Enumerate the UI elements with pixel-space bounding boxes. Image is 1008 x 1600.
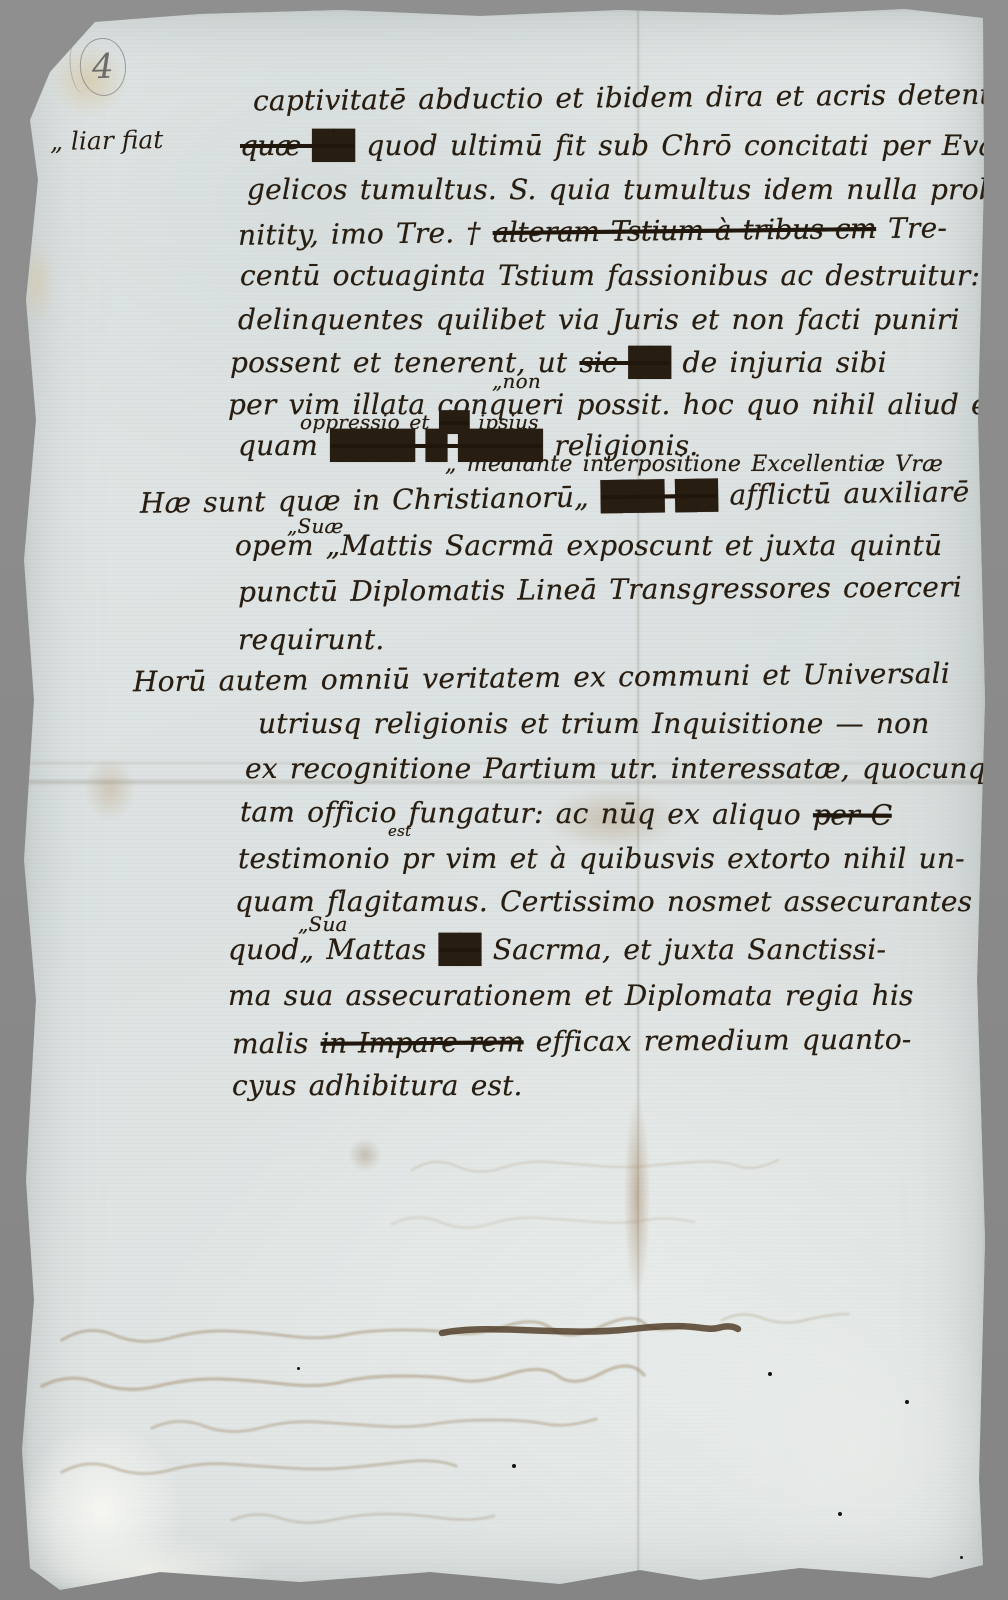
interlinear-insertion: „ mediante interpositione Excellentiæ Vr…	[445, 454, 943, 476]
line-text: delinquentes quilibet via Juris et non f…	[238, 303, 960, 336]
manuscript-line: captivitatē abductio et ibidem dira et a…	[253, 81, 1008, 116]
manuscript-line: centū octuaginta Tstium fassionibus ac d…	[240, 262, 1008, 290]
ink-showthrough	[22, 1090, 986, 1592]
interlinear-insertion: „Sua	[298, 914, 348, 934]
manuscript-line: requirunt.	[238, 626, 384, 654]
line-text: est	[388, 822, 411, 840]
line-text: efficax remedium quanto-	[523, 1023, 911, 1059]
line-text: Hæ sunt quæ in Christianorū„	[140, 480, 601, 519]
struck-text: sic ██	[579, 346, 670, 379]
manuscript-line: testimonio pr vim et à quibusvis extorto…	[238, 845, 965, 873]
line-text: ex recognitione Partium utr. interessatæ…	[245, 752, 986, 785]
manuscript-line: opem „Mattis Sacrmā exposcunt et juxta q…	[235, 532, 942, 560]
line-text: afflictū auxiliarē	[717, 475, 969, 512]
line-text: malis	[232, 1027, 321, 1061]
ink-speck	[297, 1367, 300, 1370]
manuscript-line: utriusq religionis et trium Inquisitione…	[258, 710, 929, 738]
line-text: gelicos tumultus. S. quia tumultus idem …	[247, 173, 1008, 206]
manuscript-line: punctū Diplomatis Lineā Transgressores c…	[238, 573, 962, 606]
struck-text: quæ ██	[240, 129, 354, 162]
manuscript-line: nitity, imo Tre. † alteram Tstium à trib…	[238, 214, 947, 249]
line-text: testimonio pr vim et à quibusvis extorto…	[238, 842, 965, 875]
line-text: Horū autem omniū veritatem ex communi et…	[133, 657, 950, 699]
ink-speck	[838, 1512, 842, 1516]
struck-text: in Impare rem	[321, 1025, 524, 1059]
margin-note: „ liar fiat	[50, 125, 164, 156]
line-text: ma sua assecurationem et Diplomata regia…	[228, 979, 914, 1012]
manuscript-line: Hæ sunt quæ in Christianorū„ ███ ██ affl…	[140, 478, 970, 518]
struck-text: per C	[813, 798, 892, 831]
paper-sheet: 4 „ liar fiat captivitatē abductio et ib…	[22, 8, 986, 1592]
line-text: Tre-	[876, 211, 947, 245]
line-text: captivitatē abductio et ibidem dira et a…	[253, 78, 1008, 118]
manuscript-line: quæ ██ quod ultimū fit sub Chrō concitat…	[240, 132, 1008, 160]
line-text: utriusq religionis et trium Inquisitione…	[258, 707, 929, 740]
line-text: de injuria sibi	[670, 346, 886, 379]
line-text: quod„ Mattas	[228, 933, 439, 966]
manuscript-line: malis in Impare rem efficax remedium qua…	[232, 1026, 912, 1059]
line-text: quam	[238, 429, 330, 462]
manuscript-line: tam officio fungatur: ac nūq ex aliquo p…	[240, 798, 892, 829]
stain	[18, 240, 56, 324]
manuscript-line: cyus adhibitura est.	[232, 1072, 523, 1100]
ink-speck	[512, 1464, 516, 1468]
manuscript-line: possent et tenerent, ut sic ██ de injuri…	[230, 349, 887, 377]
showthrough-strikethrough	[442, 1326, 738, 1333]
line-text: nitity, imo Tre. †	[238, 216, 493, 252]
ink-speck	[960, 1556, 963, 1559]
line-text: requirunt.	[238, 623, 384, 656]
line-text: quod ultimū fit sub Chrō concitati per E…	[354, 129, 1008, 162]
ink-speck	[768, 1372, 772, 1376]
manuscript-scan: 4 „ liar fiat captivitatē abductio et ib…	[0, 0, 1008, 1600]
page-number: 4	[91, 47, 114, 88]
line-text: centū octuaginta Tstium fassionibus ac d…	[240, 259, 1008, 292]
line-text: cyus adhibitura est.	[232, 1069, 523, 1102]
manuscript-line: ma sua assecurationem et Diplomata regia…	[228, 982, 914, 1010]
manuscript-line: delinquentes quilibet via Juris et non f…	[238, 306, 960, 334]
line-text: tam officio fungatur: ac nūq ex aliquo	[240, 795, 813, 831]
manuscript-line: quod„ Mattas ██ Sacrma, et juxta Sanctis…	[228, 936, 886, 964]
line-text: opem „Mattis Sacrmā exposcunt et juxta q…	[235, 529, 942, 562]
line-text: punctū Diplomatis Lineā Transgressores c…	[238, 570, 962, 608]
manuscript-line: Horū autem omniū veritatem ex communi et…	[133, 660, 950, 697]
struck-text: alteram Tstium à tribus cm	[493, 212, 877, 249]
interlinear-insertion: est	[388, 824, 411, 839]
line-text: Sacrma, et juxta Sanctissi-	[481, 933, 887, 966]
manuscript-line: ex recognitione Partium utr. interessatæ…	[245, 755, 986, 783]
line-text: „ mediante interpositione Excellentiæ Vr…	[445, 452, 943, 477]
manuscript-line: gelicos tumultus. S. quia tumultus idem …	[247, 176, 1008, 204]
struck-text: ██	[439, 933, 481, 966]
struck-text: ███ ██	[601, 479, 718, 514]
ink-speck	[905, 1400, 909, 1404]
